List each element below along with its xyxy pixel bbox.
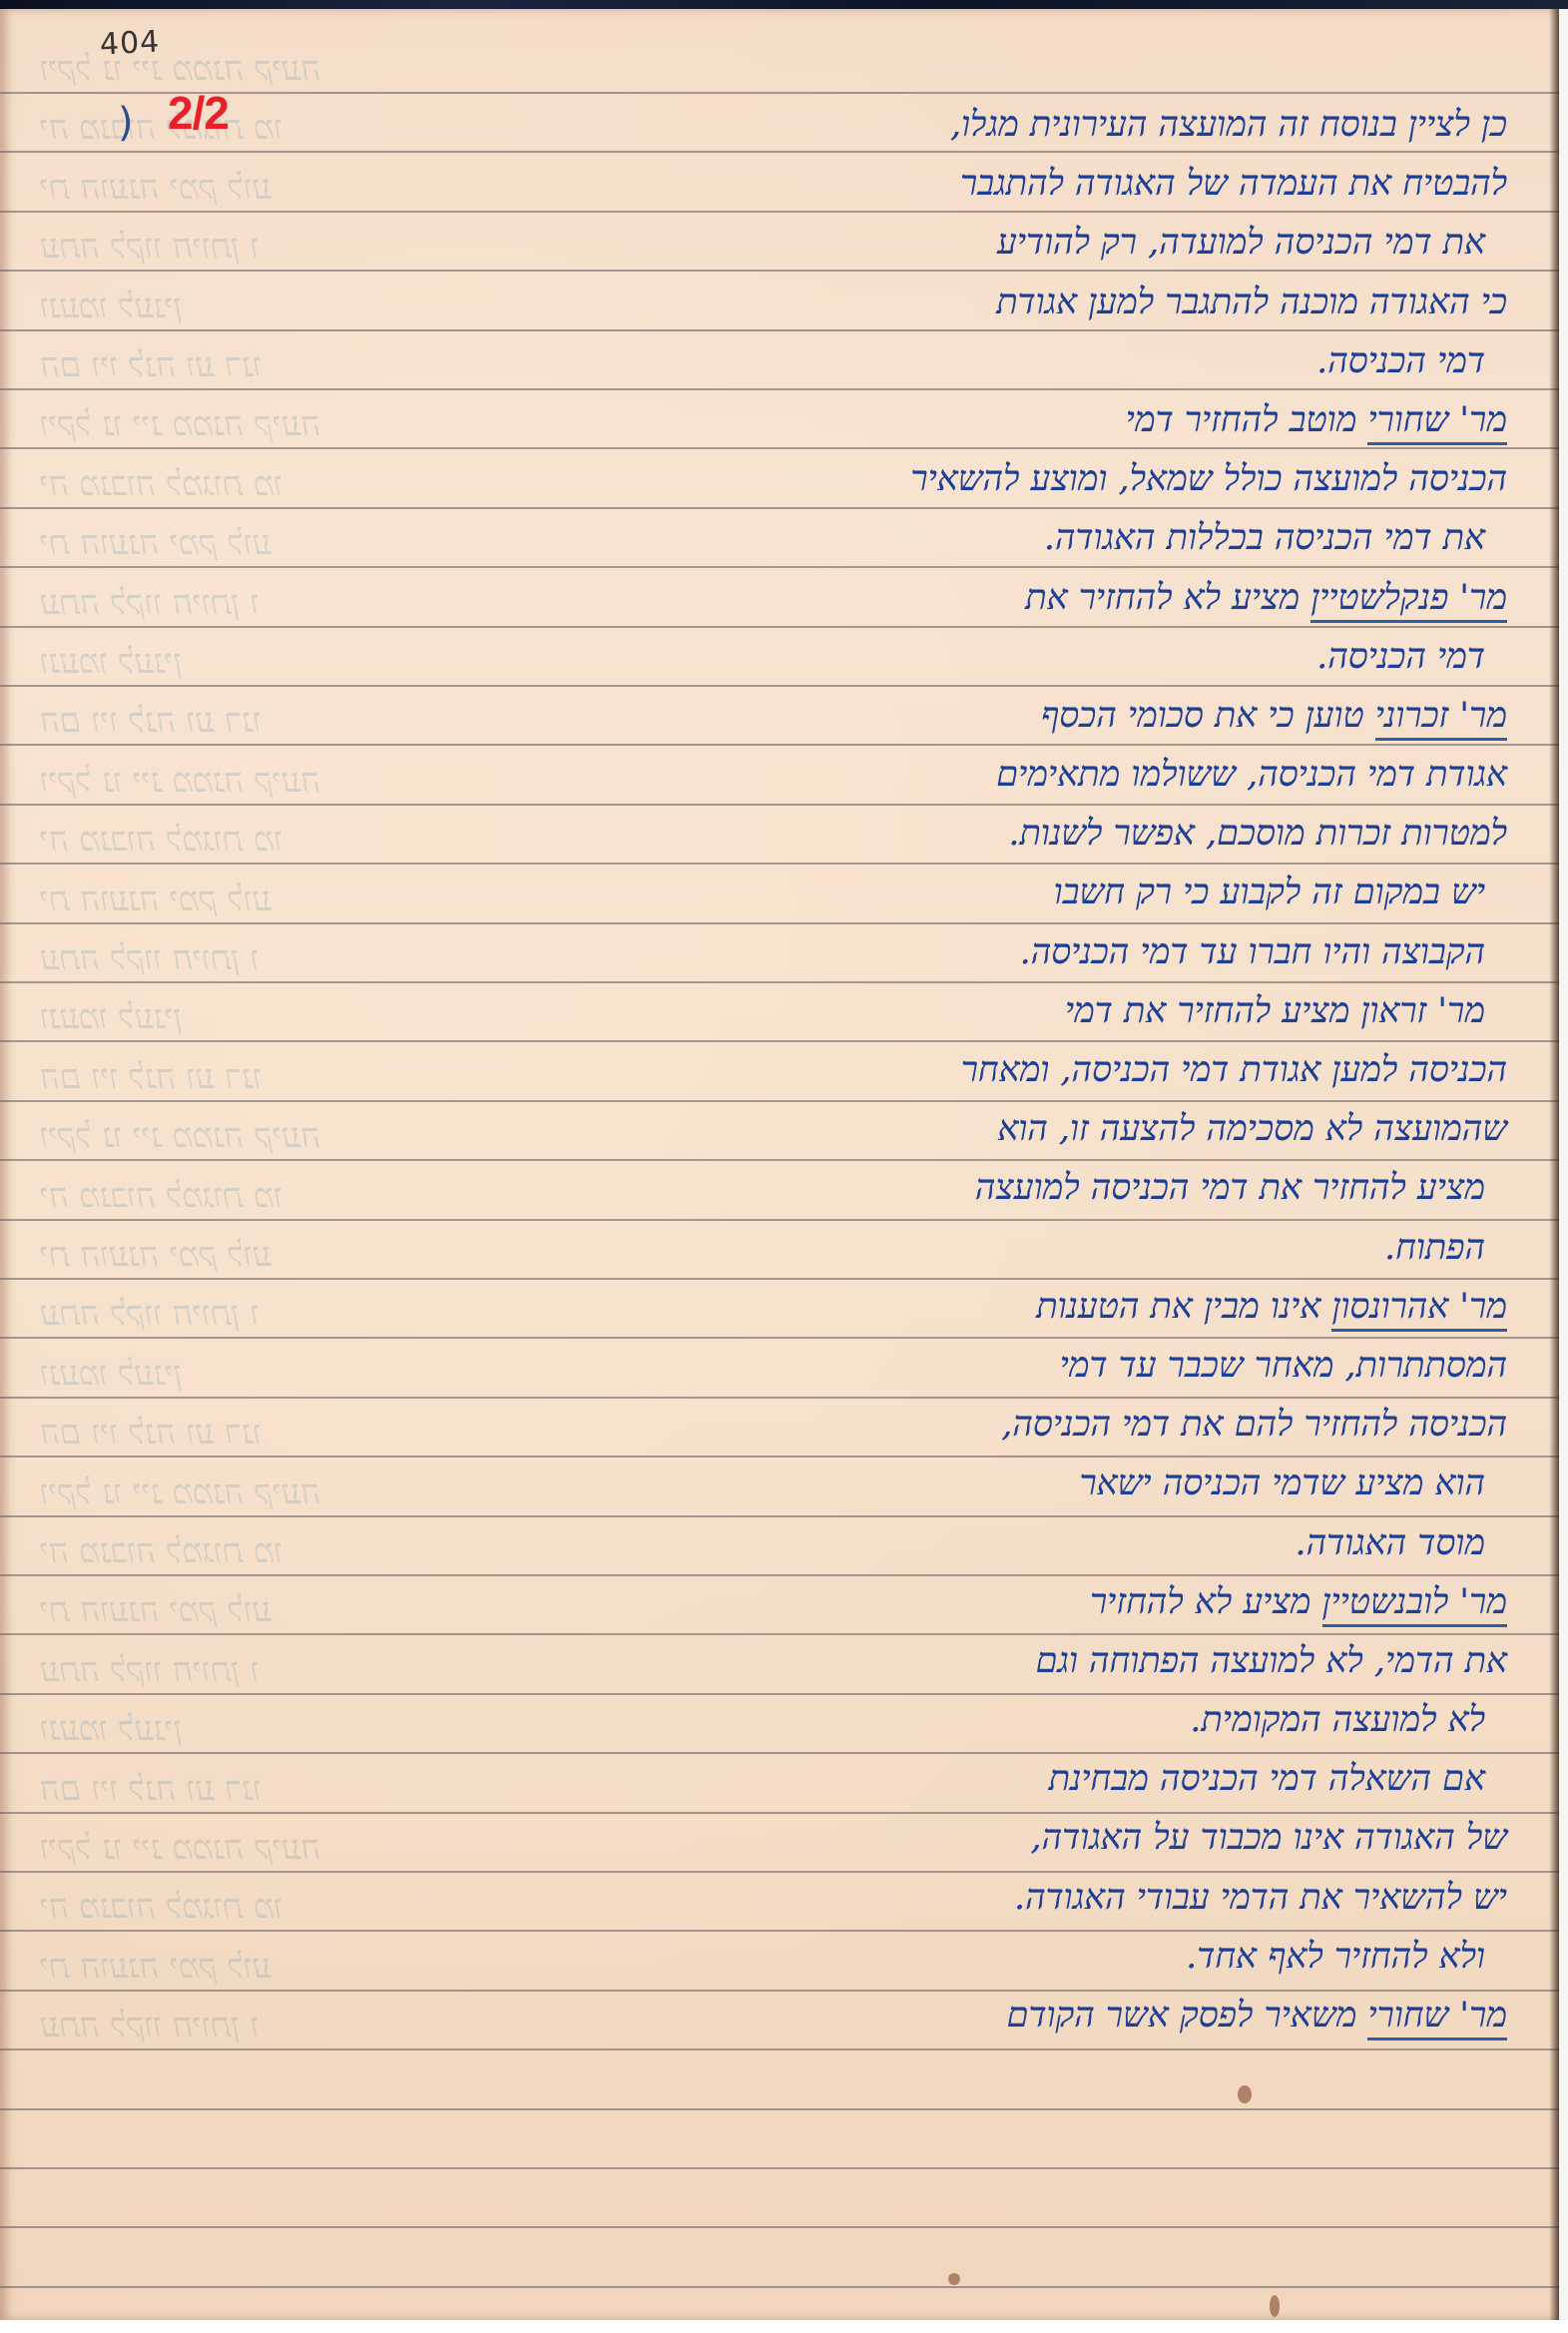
line-text: הכניסה להחזיר להם את דמי הכניסה, bbox=[1001, 1405, 1507, 1445]
line-text: לא למועצה המקומית. bbox=[1190, 1700, 1485, 1740]
line-text: אינו מבין את הטענות bbox=[1036, 1287, 1320, 1327]
line-text: מוטב להחזיר דמי bbox=[1126, 400, 1357, 440]
ruled-line bbox=[0, 2048, 1559, 2050]
line-text: מציע לא להחזיר bbox=[1090, 1582, 1310, 1622]
bleed-line: ית הוענה ימק לוע bbox=[40, 879, 739, 919]
handwritten-line: שהמועצה לא מסכימה להצעה זו, הוא bbox=[769, 1100, 1507, 1159]
bleed-line: ויקל נו יינ ממנה קיעה bbox=[40, 1116, 739, 1156]
bleed-line: ונעמו לענין bbox=[40, 1709, 739, 1749]
bleed-line: ית הוענה ימק לוע bbox=[40, 168, 739, 208]
handwritten-line: דמי הכניסה. bbox=[769, 332, 1507, 391]
bleed-line: עתה לקוו חיותן ו bbox=[40, 1650, 739, 1690]
handwritten-line: מר' זראון מציע להחזיר את דמי bbox=[769, 982, 1507, 1041]
handwritten-line: יש במקום זה לקבוע כי רק חשבו bbox=[769, 864, 1507, 922]
handwritten-line: הכניסה להחזיר להם את דמי הכניסה, bbox=[769, 1396, 1507, 1455]
handwritten-line: מר' זכרוני טוען כי את סכומי הכסף bbox=[769, 687, 1507, 746]
bleed-line: עתה לקוו חיותן ו bbox=[40, 2006, 739, 2045]
bleed-line: ויקל נו יינ ממנה קיעה bbox=[40, 1828, 739, 1868]
bleed-line: יה מנבוה למגות מו bbox=[40, 820, 739, 860]
bleed-line: הם ויו לנה וע רנו bbox=[40, 345, 739, 385]
bleed-line: הם ויו לנה וע רנו bbox=[40, 701, 739, 741]
bleed-line: עתה לקוו חיותן ו bbox=[40, 583, 739, 623]
speaker-name: מר' זכרוני bbox=[1375, 696, 1507, 741]
bleed-line: ית הוענה ימק לוע bbox=[40, 523, 739, 563]
line-text: משאיר לפסק אשר הקודם bbox=[1007, 1996, 1357, 2036]
handwritten-line: מר' שחורי מוטב להחזיר דמי bbox=[769, 391, 1507, 450]
ruled-line bbox=[0, 92, 1559, 94]
part-marker-label: 2/2 bbox=[168, 86, 229, 140]
line-text: טוען כי את סכומי הכסף bbox=[1041, 696, 1364, 736]
bleed-line: הם ויו לנה וע רנו bbox=[40, 1413, 739, 1453]
bleed-line: ית הוענה ימק לוע bbox=[40, 1235, 739, 1275]
handwritten-line: את דמי הכניסה בכללות האגודה. bbox=[769, 509, 1507, 568]
ruled-line bbox=[0, 2108, 1559, 2110]
line-text: הכניסה למועצה כולל שמאל, ומוצע להשאיר bbox=[910, 459, 1507, 499]
line-text: מר' זראון מציע להחזיר את דמי bbox=[1065, 991, 1485, 1031]
speaker-name: מר' לובנשטיין bbox=[1322, 1582, 1507, 1627]
handwritten-line: את דמי הכניסה למועדה, רק להודיע bbox=[769, 214, 1507, 273]
bleed-line: יה מנבוה למגות מו bbox=[40, 1176, 739, 1216]
bleed-line: יה מנבוה למגות מו bbox=[40, 108, 739, 148]
page-number: 404 bbox=[99, 24, 161, 62]
line-text: את הדמי, לא למועצה הפתוחה וגם bbox=[1036, 1641, 1507, 1681]
handwritten-line: מר' אהרונסון אינו מבין את הטענות bbox=[769, 1278, 1507, 1337]
ruled-line bbox=[0, 2226, 1559, 2228]
bleed-line: ונעמו לענין bbox=[40, 642, 739, 682]
line-text: ולא להחזיר לאף אחד. bbox=[1186, 1937, 1485, 1977]
speaker-name: מר' אהרונסון bbox=[1331, 1287, 1507, 1332]
handwritten-line: ולא להחזיר לאף אחד. bbox=[769, 1928, 1507, 1987]
line-text: הפתוח. bbox=[1384, 1228, 1485, 1268]
handwritten-line: כן לציין בנוסח זה המועצה העירונית מגלו, bbox=[769, 96, 1507, 155]
bleed-line: יה מנבוה למגות מו bbox=[40, 1531, 739, 1571]
bleed-line: ונעמו לענין bbox=[40, 287, 739, 326]
handwritten-line: לא למועצה המקומית. bbox=[769, 1691, 1507, 1750]
line-text: כן לציין בנוסח זה המועצה העירונית מגלו, bbox=[950, 105, 1507, 145]
bleed-line: ויקל נו יינ ממנה קיעה bbox=[40, 761, 739, 801]
line-text: את דמי הכניסה למועדה, רק להודיע bbox=[997, 223, 1485, 263]
handwritten-line: הפתוח. bbox=[769, 1219, 1507, 1278]
handwritten-line: כי האגודה מוכנה להתגבר למען אגודת bbox=[769, 274, 1507, 332]
handwritten-line: יש להשאיר את הדמי עבודי האגודה. bbox=[769, 1869, 1507, 1928]
ink-stain bbox=[1270, 2295, 1280, 2317]
handwritten-line: המסתתרות, מאחר שכבר עד דמי bbox=[769, 1337, 1507, 1396]
ink-stain bbox=[948, 2273, 960, 2285]
handwritten-line: הכניסה למען אגודת דמי הכניסה, ומאחר bbox=[769, 1041, 1507, 1100]
line-text: דמי הכניסה. bbox=[1316, 341, 1485, 381]
handwritten-line: למטרות זכרות מוסכם, אפשר לשנות. bbox=[769, 805, 1507, 864]
line-text: מציע להחזיר את דמי הכניסה למועצה bbox=[975, 1168, 1485, 1208]
bleed-line: יה מנבוה למגות מו bbox=[40, 464, 739, 504]
line-text: אם השאלה דמי הכניסה מבחינת bbox=[1049, 1759, 1485, 1799]
line-text: אגודת דמי הכניסה, ששולמו מתאימים bbox=[996, 755, 1507, 795]
handwritten-line: הקבוצה והיו חברו עד דמי הכניסה. bbox=[769, 923, 1507, 982]
handwritten-text-column: כן לציין בנוסח זה המועצה העירונית מגלו,ל… bbox=[769, 96, 1507, 2045]
handwritten-line: מר' לובנשטיין מציע לא להחזיר bbox=[769, 1573, 1507, 1632]
handwritten-line: אם השאלה דמי הכניסה מבחינת bbox=[769, 1750, 1507, 1809]
handwritten-line: מר' שחורי משאיר לפסק אשר הקודם bbox=[769, 1987, 1507, 2045]
line-text: כי האגודה מוכנה להתגבר למען אגודת bbox=[996, 283, 1507, 322]
handwritten-line: של האגודה אינו מכבוד על האגודה, bbox=[769, 1809, 1507, 1868]
speaker-name: מר' שחורי bbox=[1367, 1996, 1507, 2041]
handwritten-line: מציע להחזיר את דמי הכניסה למועצה bbox=[769, 1159, 1507, 1218]
line-text: הוא מציע שדמי הכניסה ישאר bbox=[1079, 1463, 1485, 1503]
ruled-line bbox=[0, 2167, 1559, 2169]
bleed-line: עתה לקוו חיותן ו bbox=[40, 227, 739, 267]
speaker-name: מר' שחורי bbox=[1367, 400, 1507, 445]
bleed-line: ויקל נו יינ ממנה קיעה bbox=[40, 404, 739, 444]
handwritten-line: הכניסה למועצה כולל שמאל, ומוצע להשאיר bbox=[769, 450, 1507, 509]
ink-stain bbox=[1238, 2085, 1252, 2103]
bleed-line: ונעמו לענין bbox=[40, 1354, 739, 1394]
handwritten-line: הוא מציע שדמי הכניסה ישאר bbox=[769, 1455, 1507, 1513]
line-text: המסתתרות, מאחר שכבר עד דמי bbox=[1060, 1346, 1507, 1386]
bleed-line: ונעמו לענין bbox=[40, 997, 739, 1037]
handwritten-line: מר' פנקלשטיין מציע לא להחזיר את bbox=[769, 569, 1507, 628]
line-text: מוסד האגודה. bbox=[1295, 1523, 1485, 1563]
handwritten-line: מוסד האגודה. bbox=[769, 1514, 1507, 1573]
line-text: יש במקום זה לקבוע כי רק חשבו bbox=[1054, 873, 1485, 912]
handwritten-line: אגודת דמי הכניסה, ששולמו מתאימים bbox=[769, 746, 1507, 805]
bleed-line: ית הוענה ימק לוע bbox=[40, 1590, 739, 1630]
speaker-name: מר' פנקלשטיין bbox=[1310, 578, 1507, 623]
line-text: יש להשאיר את הדמי עבודי האגודה. bbox=[1014, 1878, 1507, 1918]
bleed-line: הם ויו לנה וע רנו bbox=[40, 1769, 739, 1809]
bleed-line: הם ויו לנה וע רנו bbox=[40, 1057, 739, 1097]
line-text: את דמי הכניסה בכללות האגודה. bbox=[1044, 518, 1485, 558]
bleed-line: יה מנבוה למגות מו bbox=[40, 1887, 739, 1927]
margin-mark: ) bbox=[118, 100, 134, 146]
line-text: הכניסה למען אגודת דמי הכניסה, ומאחר bbox=[961, 1050, 1507, 1090]
line-text: דמי הכניסה. bbox=[1316, 637, 1485, 677]
bleed-line: ית הוענה ימק לוע bbox=[40, 1947, 739, 1987]
line-text: להבטיח את העמדה של האגודה להתגבר bbox=[960, 164, 1507, 204]
scanner-edge-strip bbox=[0, 0, 1568, 9]
handwritten-line: להבטיח את העמדה של האגודה להתגבר bbox=[769, 155, 1507, 214]
handwritten-line: את הדמי, לא למועצה הפתוחה וגם bbox=[769, 1632, 1507, 1691]
line-text: של האגודה אינו מכבוד על האגודה, bbox=[1030, 1818, 1507, 1858]
line-text: שהמועצה לא מסכימה להצעה זו, הוא bbox=[997, 1109, 1507, 1149]
scan-bottom-margin bbox=[0, 2320, 1568, 2333]
line-text: הקבוצה והיו חברו עד דמי הכניסה. bbox=[1020, 932, 1485, 972]
bleed-line: עתה לקוו חיותן ו bbox=[40, 1294, 739, 1334]
bleed-line: ויקל נו יינ ממנה קיעה bbox=[40, 1472, 739, 1512]
bleed-line: עתה לקוו חיותן ו bbox=[40, 938, 739, 978]
line-text: למטרות זכרות מוסכם, אפשר לשנות. bbox=[1008, 814, 1507, 854]
ruled-line bbox=[0, 2286, 1559, 2288]
line-text: מציע לא להחזיר את bbox=[1025, 578, 1300, 618]
handwritten-line: דמי הכניסה. bbox=[769, 628, 1507, 687]
